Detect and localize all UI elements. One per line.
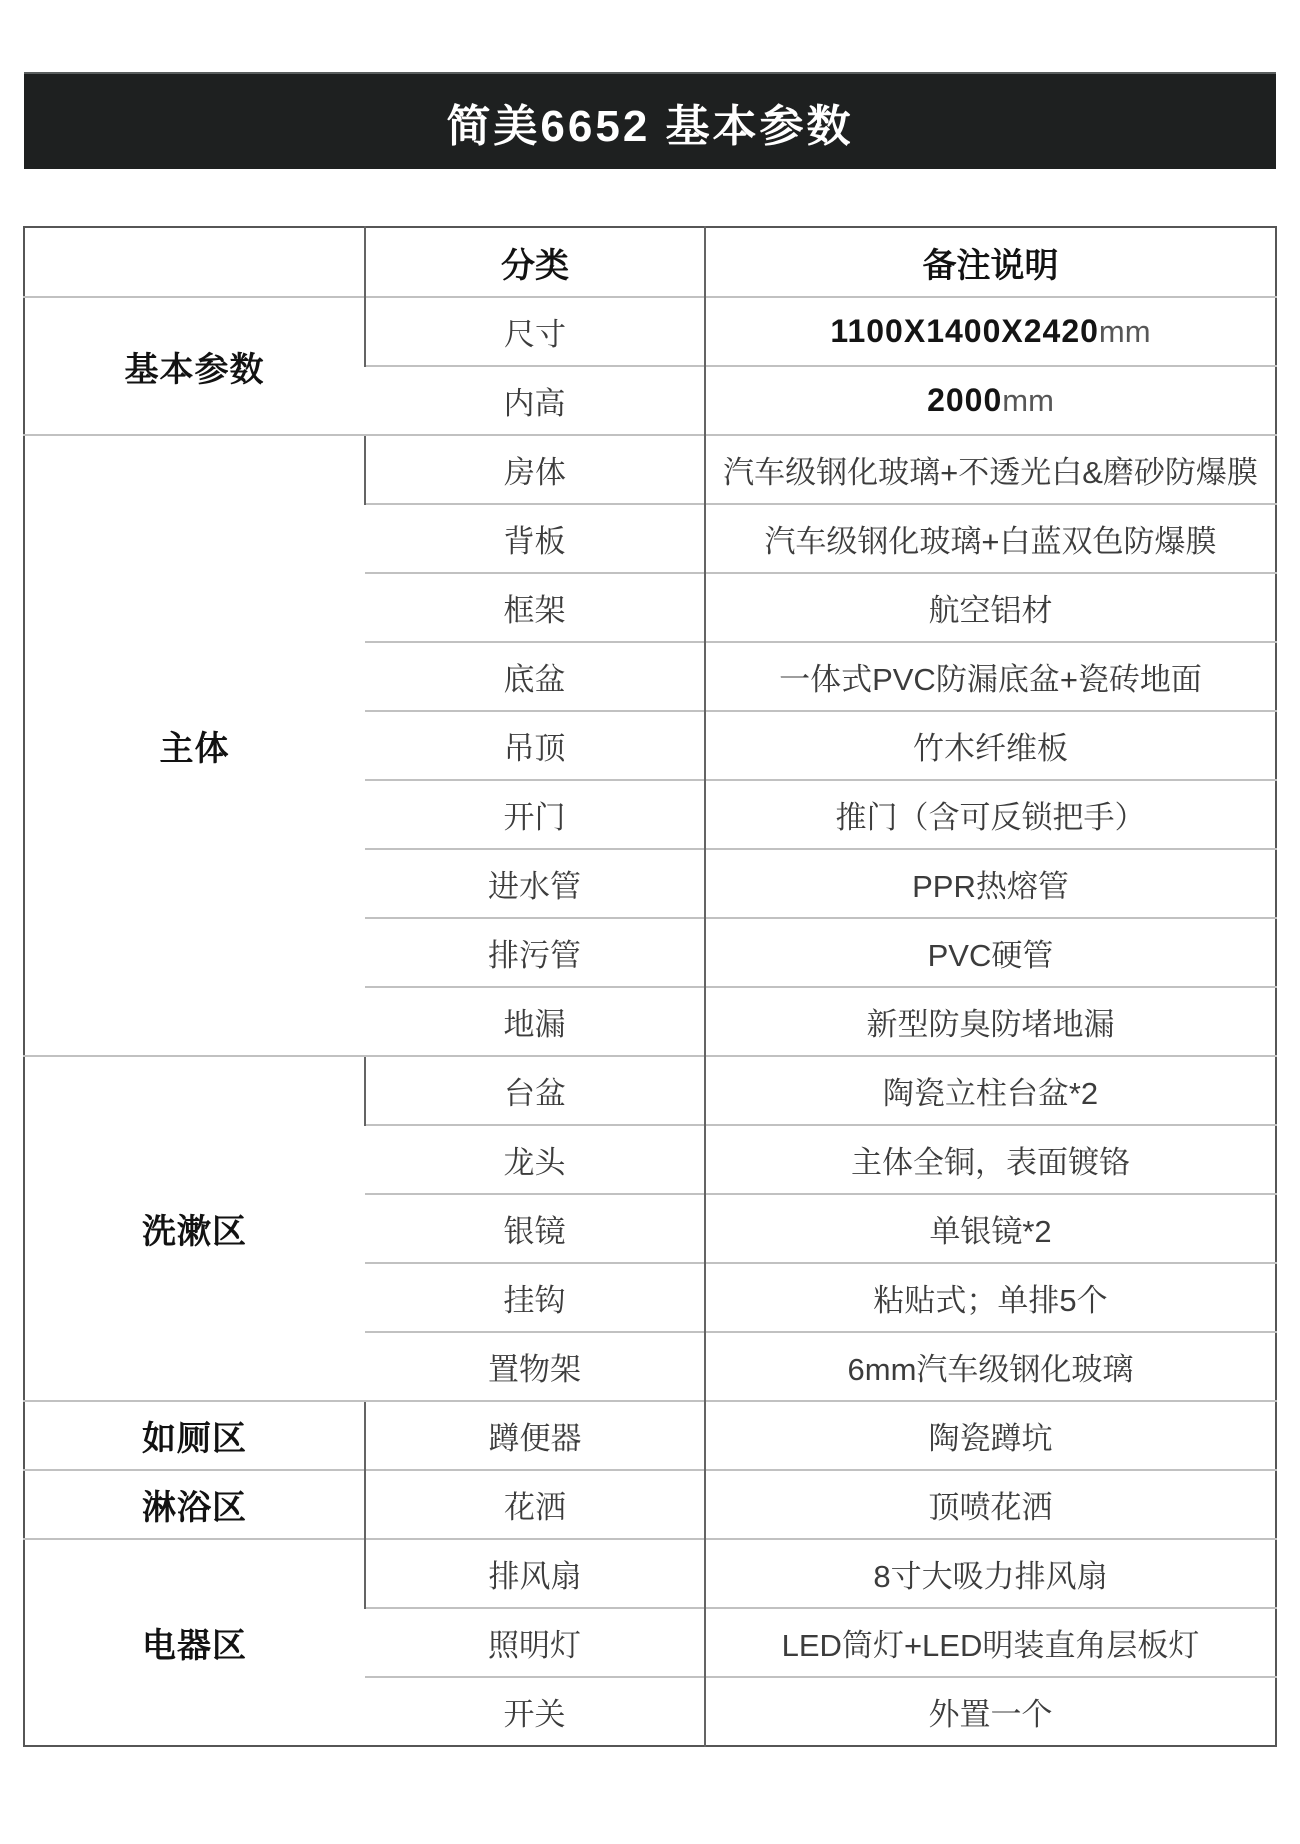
- category-cell: 照明灯: [365, 1608, 705, 1677]
- value-cell: PVC硬管: [705, 918, 1276, 987]
- value-cell: LED筒灯+LED明装直角层板灯: [705, 1608, 1276, 1677]
- group-cell-shower-area: 淋浴区: [24, 1470, 365, 1539]
- value-cell: 竹木纤维板: [705, 711, 1276, 780]
- category-cell: 背板: [365, 504, 705, 573]
- category-cell: 银镜: [365, 1194, 705, 1263]
- category-cell: 吊顶: [365, 711, 705, 780]
- spec-table: 分类 备注说明 基本参数 尺寸 1100X1400X2420mm 内高 2000…: [23, 226, 1277, 1747]
- page-title: 简美6652 基本参数: [446, 90, 853, 154]
- value-cell: 6mm汽车级钢化玻璃: [705, 1332, 1276, 1401]
- category-cell: 龙头: [365, 1125, 705, 1194]
- value-cell: 汽车级钢化玻璃+不透光白&磨砂防爆膜: [705, 435, 1276, 504]
- category-cell: 地漏: [365, 987, 705, 1056]
- table-row: 淋浴区 花洒 顶喷花洒: [24, 1470, 1276, 1539]
- category-cell: 排风扇: [365, 1539, 705, 1608]
- category-cell: 底盆: [365, 642, 705, 711]
- category-cell: 内高: [365, 366, 705, 435]
- table-row: 洗漱区 台盆 陶瓷立柱台盆*2: [24, 1056, 1276, 1125]
- group-cell-basic-params: 基本参数: [24, 297, 365, 435]
- category-cell: 尺寸: [365, 297, 705, 366]
- value-cell: 一体式PVC防漏底盆+瓷砖地面: [705, 642, 1276, 711]
- category-cell: 挂钩: [365, 1263, 705, 1332]
- category-cell: 置物架: [365, 1332, 705, 1401]
- header-category-cell: 分类: [365, 227, 705, 297]
- group-cell-main-body: 主体: [24, 435, 365, 1056]
- category-cell: 台盆: [365, 1056, 705, 1125]
- header-remark-cell: 备注说明: [705, 227, 1276, 297]
- value-cell: 推门（含可反锁把手）: [705, 780, 1276, 849]
- value-cell: 主体全铜，表面镀铬: [705, 1125, 1276, 1194]
- group-cell-electrical-area: 电器区: [24, 1539, 365, 1746]
- value-cell: 顶喷花洒: [705, 1470, 1276, 1539]
- dimension-unit: mm: [1002, 383, 1054, 418]
- table-row: 电器区 排风扇 8寸大吸力排风扇: [24, 1539, 1276, 1608]
- table-row: 如厕区 蹲便器 陶瓷蹲坑: [24, 1401, 1276, 1470]
- category-cell: 开门: [365, 780, 705, 849]
- table-header-row: 分类 备注说明: [24, 227, 1276, 297]
- category-cell: 排污管: [365, 918, 705, 987]
- dimension-value: 1100X1400X2420: [830, 313, 1098, 349]
- value-cell: 2000mm: [705, 366, 1276, 435]
- category-cell: 房体: [365, 435, 705, 504]
- table-row: 主体 房体 汽车级钢化玻璃+不透光白&磨砂防爆膜: [24, 435, 1276, 504]
- value-cell: 新型防臭防堵地漏: [705, 987, 1276, 1056]
- value-cell: 航空铝材: [705, 573, 1276, 642]
- dimension-unit: mm: [1099, 314, 1151, 349]
- value-cell: PPR热熔管: [705, 849, 1276, 918]
- value-cell: 汽车级钢化玻璃+白蓝双色防爆膜: [705, 504, 1276, 573]
- dimension-value: 2000: [927, 382, 1002, 418]
- table-row: 基本参数 尺寸 1100X1400X2420mm: [24, 297, 1276, 366]
- value-cell: 陶瓷蹲坑: [705, 1401, 1276, 1470]
- category-cell: 进水管: [365, 849, 705, 918]
- value-cell: 8寸大吸力排风扇: [705, 1539, 1276, 1608]
- title-bar: 简美6652 基本参数: [24, 72, 1276, 169]
- header-group-cell: [24, 227, 365, 297]
- category-cell: 框架: [365, 573, 705, 642]
- group-cell-washing-area: 洗漱区: [24, 1056, 365, 1401]
- category-cell: 蹲便器: [365, 1401, 705, 1470]
- value-cell: 粘贴式；单排5个: [705, 1263, 1276, 1332]
- value-cell: 1100X1400X2420mm: [705, 297, 1276, 366]
- category-cell: 开关: [365, 1677, 705, 1746]
- value-cell: 陶瓷立柱台盆*2: [705, 1056, 1276, 1125]
- value-cell: 外置一个: [705, 1677, 1276, 1746]
- value-cell: 单银镜*2: [705, 1194, 1276, 1263]
- category-cell: 花洒: [365, 1470, 705, 1539]
- group-cell-toilet-area: 如厕区: [24, 1401, 365, 1470]
